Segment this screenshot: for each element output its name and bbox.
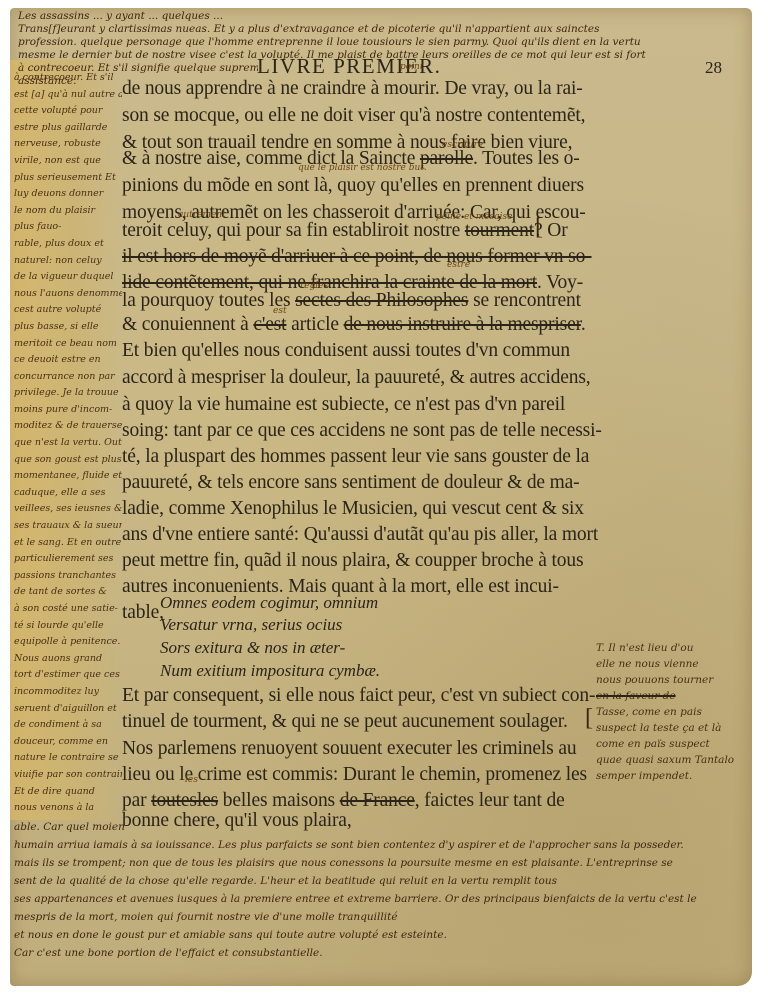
- line-text: article: [286, 314, 343, 335]
- margin-line: ce deuoit estre en: [14, 352, 122, 369]
- margin-line: moditez & de trauerse: [14, 418, 122, 435]
- margin-line: nous venons à la: [14, 800, 122, 817]
- margin-line: viuifie par son contraire.: [14, 767, 122, 784]
- interlinear-note: est: [273, 306, 287, 316]
- left-margin-annotations: à contrecoeur. Et s'il est [a] qu'à nul …: [14, 70, 122, 817]
- margin-line: ses trauaux & la sueur: [14, 518, 122, 535]
- margin-line: tort d'estimer que ces: [14, 667, 122, 684]
- struck-text: de France: [340, 790, 415, 811]
- line-text: la pourquoy toutes les: [122, 290, 295, 311]
- insertion-bracket: [: [535, 214, 543, 241]
- line-text: , faictes leur tant de: [415, 790, 565, 811]
- margin-line: de la vigueur duquel: [14, 269, 122, 286]
- margin-line: nous pouuons tourner: [596, 672, 746, 688]
- margin-line: est [a] qu'à nul autre a[ssistance]: [14, 87, 122, 104]
- struck-text: parolle: [420, 148, 473, 169]
- margin-line: suspect la teste ça et là: [596, 720, 746, 736]
- margin-line: nous l'auons denommee: [14, 286, 122, 303]
- margin-line: passions tranchantes: [14, 568, 122, 585]
- body-line: à quoy la vie humaine est subiecte, ce n…: [122, 394, 565, 416]
- bottom-note-line: ses appartenances et avenues iusques à l…: [14, 890, 750, 908]
- margin-line: de tant de sortes &: [14, 584, 122, 601]
- margin-line: estre plus gaillarde: [14, 120, 122, 137]
- body-line: ans d'vne entiere santé: Qu'aussi d'autã…: [122, 524, 598, 546]
- body-line: table,: [122, 602, 164, 624]
- body-line: & conuiennent à c'est article de nous in…: [122, 314, 586, 336]
- body-line: par toutesles belles maisons de France, …: [122, 790, 565, 812]
- margin-line: que n'est la vertu. Outre: [14, 435, 122, 452]
- struck-text: de nous instruire à la mespriser: [344, 314, 581, 335]
- interlinear-note: estre: [447, 260, 470, 270]
- struck-text: toutesles: [151, 790, 218, 811]
- struck-text: sectes des Philosophes: [295, 290, 468, 311]
- bottom-note-line: sent de la qualité de la chose qu'elle r…: [14, 872, 750, 890]
- margin-line: luy deuons donner: [14, 186, 122, 203]
- margin-line: plus basse, si elle: [14, 319, 122, 336]
- margin-line: plus serieusement Et: [14, 170, 122, 187]
- margin-line: semper impendet.: [596, 768, 746, 784]
- interlinear-note: escriture: [442, 140, 483, 150]
- body-line: soing: tant par ce que ces accidens ne s…: [122, 420, 602, 442]
- margin-line: de condiment à sa: [14, 717, 122, 734]
- verse-line: Versatur vrna, serius ocius: [160, 615, 342, 635]
- margin-line: quae quasi saxum Tantalo: [596, 752, 746, 768]
- interlinear-note: que le plaisir est nostre but.: [298, 163, 427, 173]
- interlinear-note: peine et mesaise: [436, 212, 512, 222]
- body-line-struck: il est hors de moyẽ d'arriuer à ce point…: [122, 246, 592, 268]
- margin-line: elle ne nous vienne: [596, 656, 746, 672]
- body-line: teroit celuy, qui pour sa fin establiroi…: [122, 220, 568, 242]
- margin-line-struck: en la faveur de: [596, 688, 746, 704]
- right-margin-annotations: T. Il n'est lieu d'ou elle ne nous vienn…: [596, 640, 746, 784]
- body-line: son se mocque, ou elle ne doit viser qu'…: [122, 105, 585, 127]
- bottom-note-line: humain arriua iamais à sa iouissance. Le…: [14, 836, 750, 854]
- margin-line: plus fauo-: [14, 219, 122, 236]
- body-line: accord à mespriser la douleur, la pauure…: [122, 367, 591, 389]
- verse-line: Num exitium impositura cymbæ.: [160, 661, 380, 681]
- margin-line: le nom du plaisir: [14, 203, 122, 220]
- margin-line: concurrance non par: [14, 369, 122, 386]
- margin-line: caduque, elle a ses: [14, 485, 122, 502]
- page-number: 28: [705, 58, 722, 78]
- margin-line: cette volupté pour: [14, 103, 122, 120]
- bottom-note-line: able. Car quel moien: [14, 818, 214, 836]
- top-note-line: profession. quelque personage que l'homm…: [18, 36, 753, 49]
- margin-line: virile, non est que: [14, 153, 122, 170]
- margin-line: T. Il n'est lieu d'ou: [596, 640, 746, 656]
- margin-line: à contrecoeur. Et s'il: [14, 70, 122, 87]
- bottom-note-line: Car c'est une bone portion de l'effaict …: [14, 944, 750, 962]
- margin-line: rable, plus doux et: [14, 236, 122, 253]
- margin-line: particulierement ses: [14, 551, 122, 568]
- line-text: se rencontrent: [468, 290, 581, 311]
- margin-line: té si lourde qu'elle: [14, 618, 122, 635]
- insertion-bracket: [: [585, 705, 593, 732]
- body-line: tinuel de tourment, & qui ne se peut auc…: [122, 711, 568, 733]
- body-line: té, la pluspart des hommes passent leur …: [122, 446, 589, 468]
- margin-line: à son costé une satie-: [14, 601, 122, 618]
- top-note-line: Les assassins ... y ayant ... quelques .…: [18, 10, 753, 23]
- body-line: de nous apprendre à ne craindre à mourir…: [122, 78, 583, 100]
- line-text: .: [581, 314, 586, 335]
- margin-line: Nous auons grand: [14, 651, 122, 668]
- margin-line: cest autre volupté: [14, 302, 122, 319]
- bottom-note-line: mais ils se trompent; non que de tous le…: [14, 854, 750, 872]
- bottom-handwritten-annotations: able. Car quel moien humain arriua iamai…: [14, 818, 750, 962]
- margin-line: veillees, ses ieusnes &: [14, 501, 122, 518]
- margin-line: et le sang. Et en outre: [14, 535, 122, 552]
- margin-line: Et de dire quand: [14, 784, 122, 801]
- interlinear-note: autrement: [178, 210, 226, 220]
- margin-line: seruent d'aiguillon et: [14, 701, 122, 718]
- margin-line: equipolle à penitence.: [14, 634, 122, 651]
- verse-line: Omnes eodem cogimur, omnium: [160, 593, 378, 613]
- bottom-note-line: mespris de la mort, moien qui fournit no…: [14, 908, 750, 926]
- top-note-line: Trans[f]eurant y clartissimas nueas. Et …: [18, 23, 753, 36]
- margin-line: come en païs suspect: [596, 736, 746, 752]
- margin-line: douceur, comme en: [14, 734, 122, 751]
- interlinear-note: regles: [300, 281, 328, 291]
- body-line: Et par consequent, si elle nous faict pe…: [122, 685, 595, 707]
- interlinear-note: point: [400, 62, 423, 72]
- margin-line: incommoditez luy: [14, 684, 122, 701]
- body-line: Nos parlemens renuoyent souuent executer…: [122, 738, 576, 760]
- line-text: teroit celuy, qui pour sa fin establiroi…: [122, 220, 465, 241]
- struck-text: c'est: [253, 314, 286, 335]
- body-line: peut mettre fin, quãd il nous plaira, & …: [122, 550, 583, 572]
- margin-line: naturel: non celuy: [14, 253, 122, 270]
- margin-line: meritoit ce beau nom: [14, 336, 122, 353]
- line-text: . Toutes les o-: [473, 148, 580, 169]
- margin-line: moins pure d'incom-: [14, 402, 122, 419]
- line-text: & conuiennent à: [122, 314, 253, 335]
- verse-line: Sors exitura & nos in æter-: [160, 638, 345, 658]
- body-line: pinions du mõde en sont là, quoy qu'elle…: [122, 175, 584, 197]
- line-text: belles maisons: [218, 790, 340, 811]
- struck-text: tourment: [465, 220, 534, 241]
- margin-line: momentanee, fluide et: [14, 468, 122, 485]
- line-text: par: [122, 790, 151, 811]
- body-line: pauureté, & tels encore sans sentiment d…: [122, 472, 580, 494]
- interlinear-note: les: [185, 775, 198, 785]
- margin-line: nerveuse, robuste: [14, 136, 122, 153]
- body-line: la pourquoy toutes les sectes des Philos…: [122, 290, 581, 312]
- margin-line: que son goust est plus: [14, 452, 122, 469]
- body-line: Et bien qu'elles nous conduisent aussi t…: [122, 340, 570, 362]
- margin-line: nature le contraire se: [14, 750, 122, 767]
- margin-line: Tasse, come en pais: [596, 704, 746, 720]
- margin-line: privilege. Je la trouue: [14, 385, 122, 402]
- body-line: ladie, comme Xenophilus le Musicien, qui…: [122, 498, 584, 520]
- bottom-note-line: et nous en done le goust pur et amiable …: [14, 926, 750, 944]
